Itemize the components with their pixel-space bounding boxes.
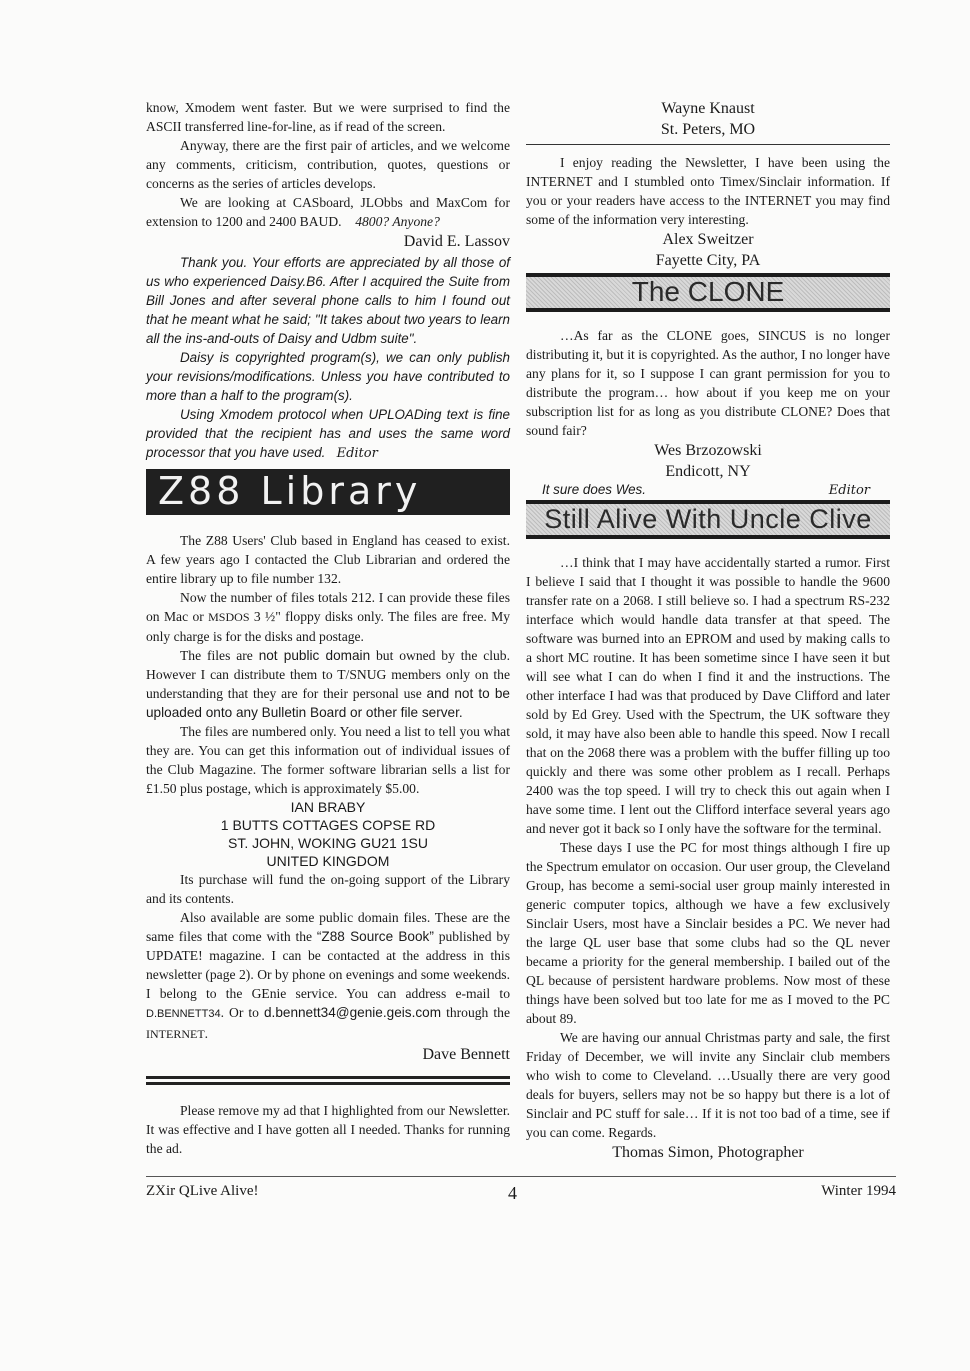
signature-simon: Thomas Simon, Photographer <box>526 1142 890 1163</box>
intro-paragraph: know, Xmodem went faster. But we were su… <box>146 98 510 136</box>
page-footer: ZXir QLive Alive! 4 Winter 1994 <box>146 1176 896 1177</box>
z88-paragraph: Its purchase will fund the on-going supp… <box>146 870 510 908</box>
uncle-paragraph: These days I use the PC for most things … <box>526 838 890 1028</box>
z88-paragraph: Also available are some public domain fi… <box>146 908 510 1044</box>
signature-sweitzer-name: Alex Sweitzer <box>526 229 890 250</box>
signature-bennett: Dave Bennett <box>146 1044 510 1066</box>
editor-reply: Thank you. Your efforts are appreciated … <box>146 253 510 463</box>
clone-editor-reply: It sure does Wes. Editor <box>526 482 890 498</box>
z88-paragraph: The Z88 Users' Club based in England has… <box>146 531 510 588</box>
footer-issue: Winter 1994 <box>821 1183 896 1200</box>
clone-banner: The CLONE <box>526 273 890 312</box>
librarian-address: IAN BRABY 1 BUTTS COTTAGES COPSE RD ST. … <box>146 798 510 870</box>
z88-library-banner: Z88 Library <box>146 469 510 515</box>
divider-line <box>526 144 890 145</box>
left-column: know, Xmodem went faster. But we were su… <box>146 98 510 1158</box>
right-column: Wayne Knaust St. Peters, MO I enjoy read… <box>526 98 890 1163</box>
intro-paragraph: We are looking at CASboard, JLObbs and M… <box>146 193 510 231</box>
signature-knaust-name: Wayne Knaust <box>526 98 890 119</box>
signature-knaust-place: St. Peters, MO <box>526 119 890 140</box>
section-divider <box>146 1076 510 1085</box>
signature-lassov: David E. Lassov <box>146 231 510 253</box>
z88-paragraph: The files are numbered only. You need a … <box>146 722 510 798</box>
page-number: 4 <box>508 1183 517 1204</box>
signature-sweitzer-place: Fayette City, PA <box>526 250 890 271</box>
intro-aside: 4800? Anyone? <box>355 214 440 229</box>
intro-paragraph: Anyway, there are the first pair of arti… <box>146 136 510 193</box>
uncle-paragraph: We are having our annual Christmas party… <box>526 1028 890 1142</box>
clone-paragraph: …As far as the CLONE goes, SINCUS is no … <box>526 326 890 440</box>
signature-brzozowski-place: Endicott, NY <box>526 461 890 482</box>
uncle-paragraph: …I think that I may have accidentally st… <box>526 553 890 838</box>
letter-sweitzer: I enjoy reading the Newsletter, I have b… <box>526 153 890 229</box>
editor-signature: Editor <box>337 446 378 461</box>
footer-title: ZXir QLive Alive! <box>146 1183 258 1200</box>
uncle-clive-banner: Still Alive With Uncle Clive <box>526 500 890 539</box>
signature-brzozowski-name: Wes Brzozowski <box>526 440 890 461</box>
z88-paragraph: Now the number of files totals 212. I ca… <box>146 588 510 646</box>
z88-paragraph: The files are not public domain but owne… <box>146 646 510 722</box>
email-link[interactable]: d.bennett34@genie.geis.com <box>264 1005 441 1020</box>
editor-signature: Editor <box>829 483 870 498</box>
ad-note: Please remove my ad that I highlighted f… <box>146 1101 510 1158</box>
